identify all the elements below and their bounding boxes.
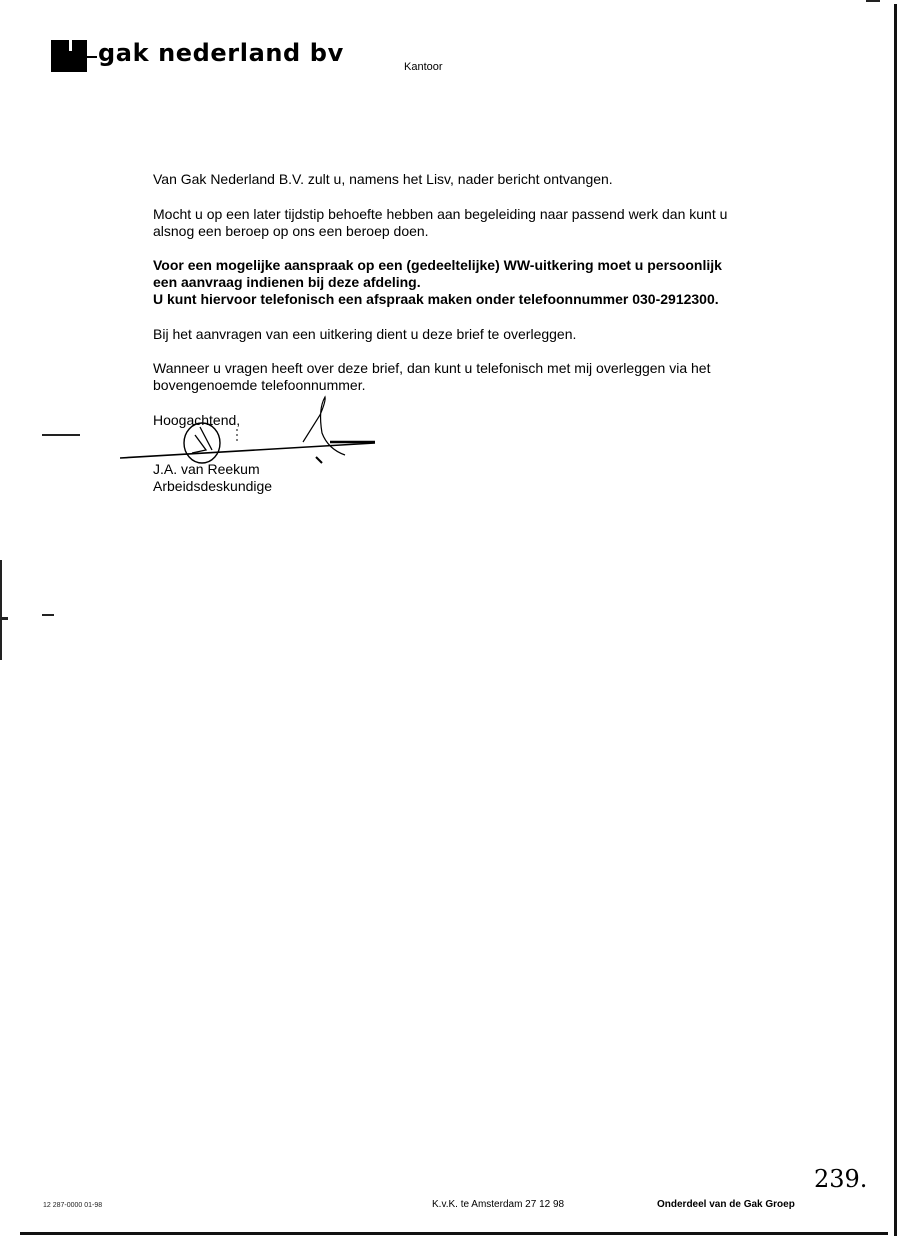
form-code: 12 287-0000 01-98 [43,1202,102,1209]
paragraph-ww-line-2: een aanvraag indienen bij deze afdeling. [153,274,421,291]
signatory-title: Arbeidsdeskundige [153,478,272,495]
logo-notch [69,40,72,51]
scan-edge-mark [2,617,8,620]
signatory-name: J.A. van Reekum [153,461,272,478]
paragraph-questions-line-2: bovengenoemde telefoonnummer. [153,377,365,394]
paragraph-ww-line-1: Voor een mogelijke aanspraak op een (ged… [153,257,722,274]
fold-mark-bottom [42,614,54,616]
paragraph-notice: Van Gak Nederland B.V. zult u, namens he… [153,171,613,188]
signature-icon [120,395,390,470]
chamber-of-commerce: K.v.K. te Amsterdam 27 12 98 [432,1199,564,1210]
fold-mark-top [42,434,80,436]
paragraph-submit-letter: Bij het aanvragen van een uitkering dien… [153,326,576,343]
logo-dash [87,56,97,58]
scan-edge-right [894,4,897,1236]
signatory: J.A. van Reekum Arbeidsdeskundige [153,461,272,495]
paragraph-questions-line-1: Wanneer u vragen heeft over deze brief, … [153,360,710,377]
paragraph-ww-line-3: U kunt hiervoor telefonisch een afspraak… [153,291,719,308]
office-label: Kantoor [404,61,443,73]
scan-corner-mark [866,0,880,2]
group-note: Onderdeel van de Gak Groep [657,1199,795,1210]
company-name: gak nederland bv [98,39,344,67]
bottom-rule [20,1232,888,1235]
scan-edge-left [0,560,2,660]
paragraph-guidance-line-1: Mocht u op een later tijdstip behoefte h… [153,206,727,223]
paragraph-guidance-line-2: alsnog een beroep op ons een beroep doen… [153,223,429,240]
handwritten-page-number: 239. [814,1165,867,1193]
